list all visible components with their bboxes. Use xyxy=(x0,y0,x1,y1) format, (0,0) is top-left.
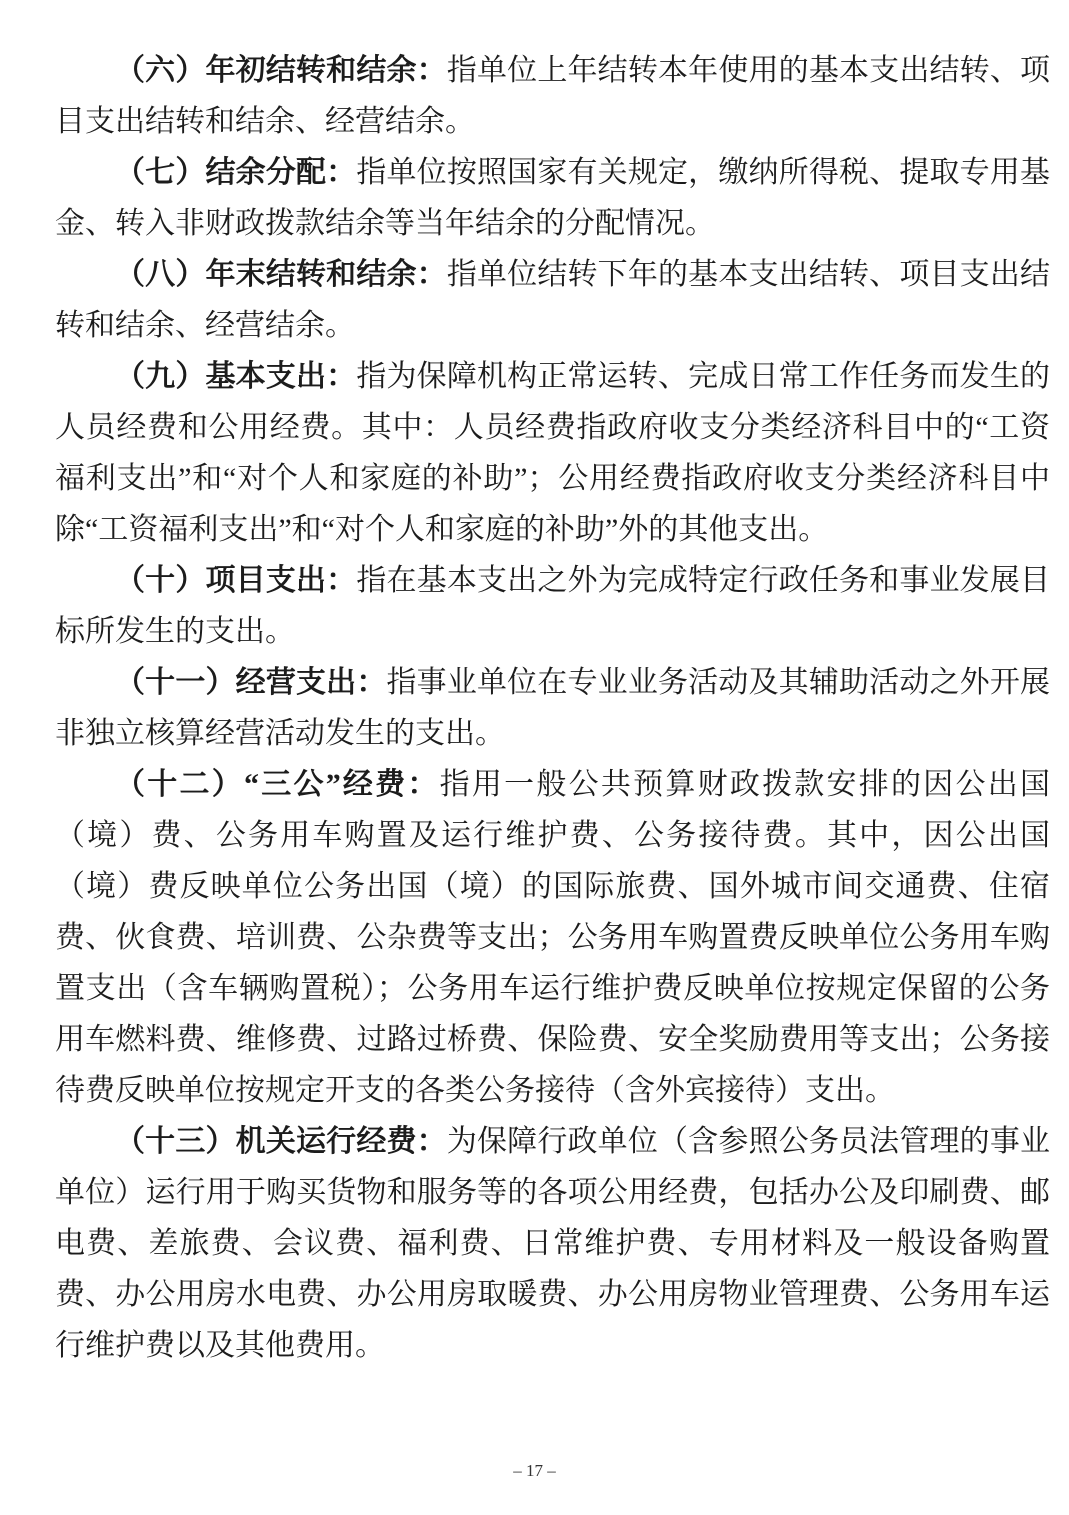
paragraph: （六）年初结转和结余：指单位上年结转本年使用的基本支出结转、项目支出结转和结余、… xyxy=(55,45,1050,147)
paragraph-heading: （十一）经营支出： xyxy=(115,666,387,699)
document-page: （六）年初结转和结余：指单位上年结转本年使用的基本支出结转、项目支出结转和结余、… xyxy=(0,0,1069,1515)
paragraph-heading: （九）基本支出： xyxy=(115,360,356,393)
paragraph-heading: （十二）“三公”经费： xyxy=(115,768,440,801)
paragraph-heading: （七）结余分配： xyxy=(115,156,356,189)
page-number: – 17 – xyxy=(0,1461,1069,1481)
document-body: （六）年初结转和结余：指单位上年结转本年使用的基本支出结转、项目支出结转和结余、… xyxy=(55,45,1050,1371)
paragraph-text: 为保障行政单位（含参照公务员法管理的事业单位）运行用于购买货物和服务等的各项公用… xyxy=(55,1125,1050,1362)
paragraph-text: 指用一般公共预算财政拨款安排的因公出国（境）费、公务用车购置及运行维护费、公务接… xyxy=(55,768,1050,1107)
paragraph: （十二）“三公”经费：指用一般公共预算财政拨款安排的因公出国（境）费、公务用车购… xyxy=(55,759,1050,1116)
paragraph: （九）基本支出：指为保障机构正常运转、完成日常工作任务而发生的人员经费和公用经费… xyxy=(55,351,1050,555)
paragraph: （八）年末结转和结余：指单位结转下年的基本支出结转、项目支出结转和结余、经营结余… xyxy=(55,249,1050,351)
paragraph: （七）结余分配：指单位按照国家有关规定，缴纳所得税、提取专用基金、转入非财政拨款… xyxy=(55,147,1050,249)
paragraph-heading: （六）年初结转和结余： xyxy=(115,54,447,87)
paragraph-heading: （八）年末结转和结余： xyxy=(115,258,447,291)
paragraph: （十三）机关运行经费：为保障行政单位（含参照公务员法管理的事业单位）运行用于购买… xyxy=(55,1116,1050,1371)
paragraph: （十）项目支出：指在基本支出之外为完成特定行政任务和事业发展目标所发生的支出。 xyxy=(55,555,1050,657)
paragraph-heading: （十三）机关运行经费： xyxy=(115,1125,447,1158)
paragraph: （十一）经营支出：指事业单位在专业业务活动及其辅助活动之外开展非独立核算经营活动… xyxy=(55,657,1050,759)
paragraph-heading: （十）项目支出： xyxy=(115,564,356,597)
